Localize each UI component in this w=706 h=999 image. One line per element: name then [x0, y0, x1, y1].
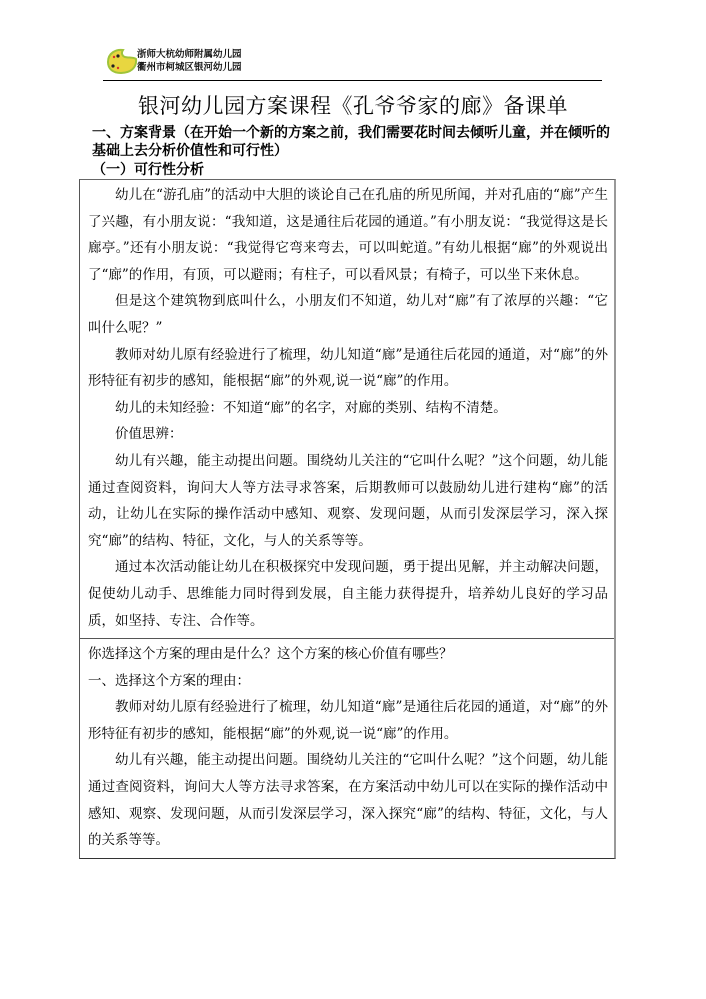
- school-names: 浙师大杭幼师附属幼儿园 衢州市柯城区银河幼儿园: [137, 48, 242, 74]
- paragraph: 通过本次活动能让幼儿在积极探究中发现问题，勇于提出见解，并主动解决问题，促使幼儿…: [88, 554, 608, 634]
- school-name-1: 浙师大杭幼师附属幼儿园: [137, 48, 242, 61]
- feasibility-analysis-cell: 幼儿在“游孔庙”的活动中大胆的谈论自己在孔庙的所见所闻，并对孔庙的“廊”产生了兴…: [80, 180, 614, 638]
- reason-question: 你选择这个方案的理由是什么？这个方案的核心价值有哪些？: [88, 641, 608, 668]
- school-name-2: 衢州市柯城区银河幼儿园: [137, 61, 242, 74]
- paragraph: 幼儿有兴趣，能主动提出问题。围绕幼儿关注的“它叫什么呢？”这个问题，幼儿能通过查…: [88, 448, 608, 554]
- page-header: 浙师大杭幼师附属幼儿园 衢州市柯城区银河幼儿园: [103, 44, 602, 81]
- paragraph: 教师对幼儿原有经验进行了梳理，幼儿知道“廊”是通往后花园的通道，对“廊”的外形特…: [88, 694, 608, 747]
- section-heading-background: 一、方案背景（在开始一个新的方案之前，我们需要花时间去倾听儿童，并在倾听的基础上…: [92, 124, 622, 160]
- reason-heading: 一、选择这个方案的理由：: [88, 668, 608, 695]
- paragraph: 教师对幼儿原有经验进行了梳理，幼儿知道“廊”是通往后花园的通道，对“廊”的外形特…: [88, 342, 608, 395]
- document-title: 银河幼儿园方案课程《孔爷爷家的廊》备课单: [0, 92, 706, 120]
- duck-egg-logo-icon: [105, 47, 139, 75]
- reason-and-value-cell: 你选择这个方案的理由是什么？这个方案的核心价值有哪些？ 一、选择这个方案的理由：…: [80, 638, 614, 858]
- paragraph: 幼儿有兴趣，能主动提出问题。围绕幼儿关注的“它叫什么呢？”这个问题，幼儿能通过查…: [88, 747, 608, 853]
- paragraph: 但是这个建筑物到底叫什么，小朋友们不知道，幼儿对“廊”有了浓厚的兴趣：“它叫什么…: [88, 288, 608, 341]
- lesson-plan-table: 幼儿在“游孔庙”的活动中大胆的谈论自己在孔庙的所见所闻，并对孔庙的“廊”产生了兴…: [79, 179, 616, 859]
- paragraph: 幼儿的未知经验：不知道“廊”的名字，对廊的类别、结构不清楚。: [88, 395, 608, 422]
- paragraph: 价值思辨：: [88, 421, 608, 448]
- paragraph: 幼儿在“游孔庙”的活动中大胆的谈论自己在孔庙的所见所闻，并对孔庙的“廊”产生了兴…: [88, 182, 608, 288]
- sub-heading-feasibility: （一）可行性分析: [92, 161, 204, 179]
